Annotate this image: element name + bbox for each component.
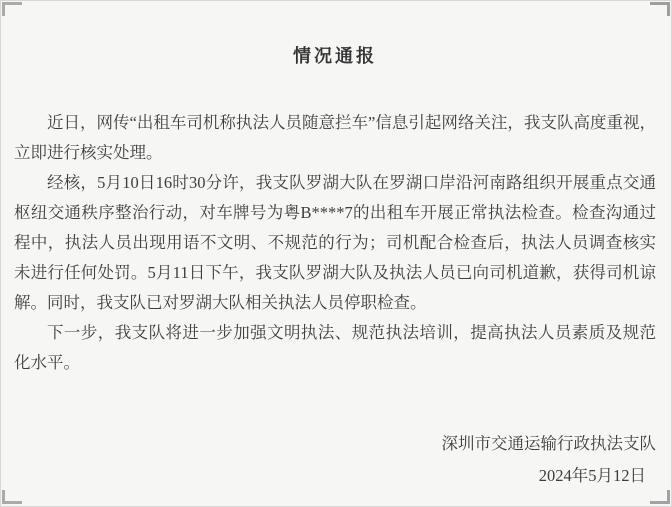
frame-corner-top-left-icon: [2, 2, 22, 16]
notice-sign-block: 深圳市交通运输行政执法支队 2024年5月12日: [14, 428, 656, 492]
official-notice-document: 情况通报 近日，网传“出租车司机称执法人员随意拦车”信息引起网络关注，我支队高度…: [1, 46, 671, 492]
notice-body: 近日，网传“出租车司机称执法人员随意拦车”信息引起网络关注，我支队高度重视，立即…: [14, 108, 656, 378]
frame-corner-bottom-right-icon: [650, 490, 670, 504]
frame-corner-bottom-left-icon: [2, 490, 22, 504]
notice-date: 2024年5月12日: [14, 460, 656, 492]
frame-corner-top-right-icon: [650, 2, 670, 16]
notice-paragraph-2: 经核，5月10日16时30分许，我支队罗湖大队在罗湖口岸沿河南路组织开展重点交通…: [14, 168, 656, 318]
notice-paragraph-1: 近日，网传“出租车司机称执法人员随意拦车”信息引起网络关注，我支队高度重视，立即…: [14, 108, 656, 168]
notice-image-frame: 情况通报 近日，网传“出租车司机称执法人员随意拦车”信息引起网络关注，我支队高度…: [0, 0, 672, 507]
notice-paragraph-3: 下一步，我支队将进一步加强文明执法、规范执法培训，提高执法人员素质及规范化水平。: [14, 318, 656, 378]
notice-title: 情况通报: [14, 46, 656, 66]
issuing-authority: 深圳市交通运输行政执法支队: [14, 428, 656, 460]
